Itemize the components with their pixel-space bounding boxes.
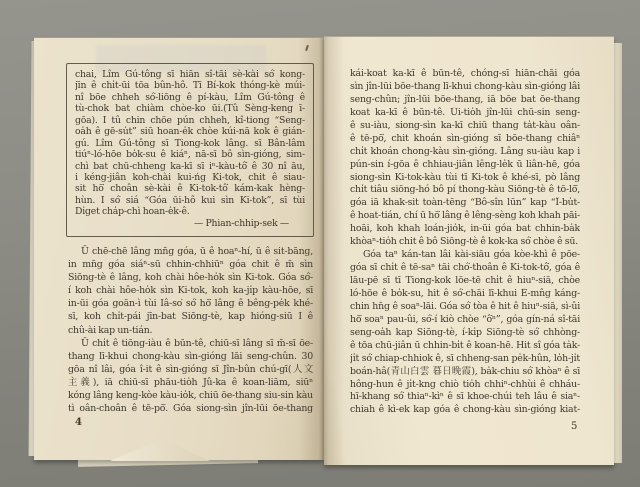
text-line: seng-chûn; jîn-lūi bōe-thang, iā bōe bat… [350,94,580,107]
text-line: oa̍h ê gē-su̍t” siū hoan-e̍k chòe kúi-nā… [75,126,305,137]
text-line: ji̍t só͘ chiap-chhiok ê, sī chheng-san p… [350,353,580,366]
editor-note-box: chai, Lîm Gú-tông sī hiān sî-tāi sè-kài … [66,63,314,237]
text-line: tiúⁿ-ló-hōe bo̍k-su ê kiáⁿ, nā-sī bô sìn… [75,149,305,160]
text-line: boán-hâ(青山白雲 暮日晚霞), ba̍k-chiu só͘ khòaⁿ … [350,366,580,379]
text-line: góa sī chi̍t ê tē-saⁿ tāi chó͘-thoân ê K… [350,262,580,275]
text-line: koat ka-kī ê būn-tê. Ūi-tio̍h jîn-lūi ch… [350,107,580,120]
folded-corner [110,439,210,461]
text-line: sī, koh chi̍t-pái jīn-bat Siōng-tè, kap … [68,310,313,323]
text-line: Ū chē-chē lâng mn̄g góa, ū ê hoaⁿ-hí, ū … [68,245,313,258]
page-number-left: 4 [75,417,82,428]
text-line: ló-hōe ê bo̍k-su, hit ê só͘-chāi lī-khui… [350,288,580,301]
text-line: in mn̄g góa siáⁿ-sū chhin-chhiūⁿ góa chi… [68,258,313,271]
text-line: kái-koat ka-kī ê būn-tê, chóng-sī hiān-c… [350,68,580,81]
text-line: Siōng-tè ê lâng, koh chài hôe-ho̍k sìn K… [68,271,313,284]
text-line: thang lī-khui chong-kàu sìn-gióng lāi se… [68,350,313,363]
text-line: i kéng-jiân koh-chài kui-ńg Ki-tok, chit… [75,172,305,183]
text-line: hō͘ soaⁿ pau-ûi, só͘-í kiò chòe “ô͘ⁿ”, g… [350,314,580,327]
text-line: tì oân-choân ê tē-pō͘. Góa siong-sìn jîn… [68,402,313,415]
text-line: í koh chài hôe-ho̍k sìn Ki-tok, koh ka-j… [68,284,313,297]
left-page-body-text: Ū chē-chē lâng mn̄g góa, ū ê hoaⁿ-hí, ū … [68,245,313,415]
text-line: lāu-pē sī tī Tiong-kok lōe-tē chi̍t ê hi… [350,275,580,288]
text-line: gōa). I tû chin chōe pún chheh, kî-tiong… [75,115,305,126]
text-line: ê su-iàu, siong-sìn ka-kī chiū thang ta̍… [350,120,580,133]
left-page: chai, Lîm Gú-tông sī hiān sî-tāi sè-kài … [34,37,324,460]
text-line: nî bōe chheh só͘-liōng ê pí-kàu, Lîm Gú-… [75,92,305,103]
text-line: siong-sìn Ki-tok-kàu tùi tī Ki-tok ê khé… [350,172,580,185]
text-line: tù-chok bat chiàm chòe-ko ūi.(Tû Sèng-ke… [75,103,305,114]
text-line: chiah ê kì-ek kap góa ê chong-kàu sìn-gi… [350,404,580,417]
text-line: hùn. I só͘ siá “Góa ūi-hô kui sìn Ki-tok… [75,195,305,206]
page-number-right: 5 [571,421,577,432]
text-line: hī-khang só͘ thiaⁿ-kìⁿ ê sī khoe-chúi te… [350,391,580,404]
text-line: chi̍t tiâu siōng-hó bô pí thong-kàu Siōn… [350,184,580,197]
book-spread: chai, Lîm Gú-tông sī hiān sî-tāi sè-kài … [30,33,618,467]
text-line: ê tōa chū-jiân ū chhin-bi̍t ê koan-hē. H… [350,340,580,353]
text-line: sit hō͘ choân sè-kài ê Ki-tok-tô͘ kám-ka… [75,183,305,194]
text-line: hoāi, koh khah loán-jio̍k, in-ūi góa bat… [350,223,580,236]
text-line: chin hn̄g ê soaⁿ-lāi. Góa só͘ tòa ê hit … [350,301,580,314]
text-line: Góa taⁿ kán-tan lâi kài-siāu góa kòe-khì… [350,249,580,262]
text-line: Di̍get cha̍p-chì hoan-e̍k-ê. [75,206,305,217]
text-line: Ū chi̍t ê tiōng-iàu ê būn-tê, chiū-sī lâ… [68,337,313,350]
text-line: góa iā khak-sit toàn-tēng “Bô-sîn lūn” k… [350,197,580,210]
text-line: ê hoat-tián, chí ū hō͘ lâng ê lêng-sèng … [350,210,580,223]
text-line: ê tē-pō͘, chit khoán sìn-gióng sī bōe-th… [350,133,580,146]
text-line: kóng lâng keng-kòe kàu-io̍k, chiū ōe-tha… [68,389,313,402]
text-line: sìn jîn-lūi bōe-thang lī-khui chong-kàu … [350,81,580,94]
text-line: gú. Lîm Gú-tông sī Tiong-kok lâng. sī Bâ… [75,138,305,149]
text-line: khòaⁿ-tio̍h chit ê bô Siōng-tè ê kok-ka … [350,236,580,249]
text-line: chû-ài kap un-tián. [68,324,313,337]
text-line: chai, Lîm Gú-tông sī hiān sî-tāi sè-kài … [75,69,305,80]
text-line: pún-sin í-gōa ê chhiau-jiân lêng-le̍k ū … [350,159,580,172]
text-line: hông-hun ê ji̍t-kng chiò tio̍h chhiⁿ-chh… [350,379,580,392]
right-page-body-text: kái-koat ka-kī ê būn-tê, chóng-sī hiān-c… [350,68,580,417]
text-line: gōa nî lâi, góa î-it ê sìn-gióng sī Jîn-… [68,363,313,376]
text-line: jīn ê chi̍t-ūi tōa bûn-hô. Tī Bí-kok thó… [75,80,305,91]
editor-note-attribution: — Phian-chhip-sek — [75,218,305,230]
text-line: in-ūi góa goān-ì tùi Iâ-so͘ só͘ hō͘ lâng… [68,297,313,310]
text-line: chi̍t khoán chong-kàu sìn-gióng. Lâng su… [350,146,580,159]
right-page: kái-koat ka-kī ê būn-tê, chóng-sī hiān-c… [324,36,614,465]
text-line: seng-oa̍h kap Siōng-tè, í-ki̍p Siōng-tè … [350,327,580,340]
editor-note-text: chai, Lîm Gú-tông sī hiān sî-tāi sè-kài … [75,69,305,218]
ink-speck [305,45,309,51]
screenshot-root: { "left_page": { "page_number": "4", "ed… [0,0,640,487]
text-line: chì bat chū-chheng ka-kī sī iⁿ-kàu-tô͘ ê… [75,161,305,172]
text-line: 主義), iā chiū-sī phāu-tio̍h Jû-ka ê koan-… [68,376,313,389]
